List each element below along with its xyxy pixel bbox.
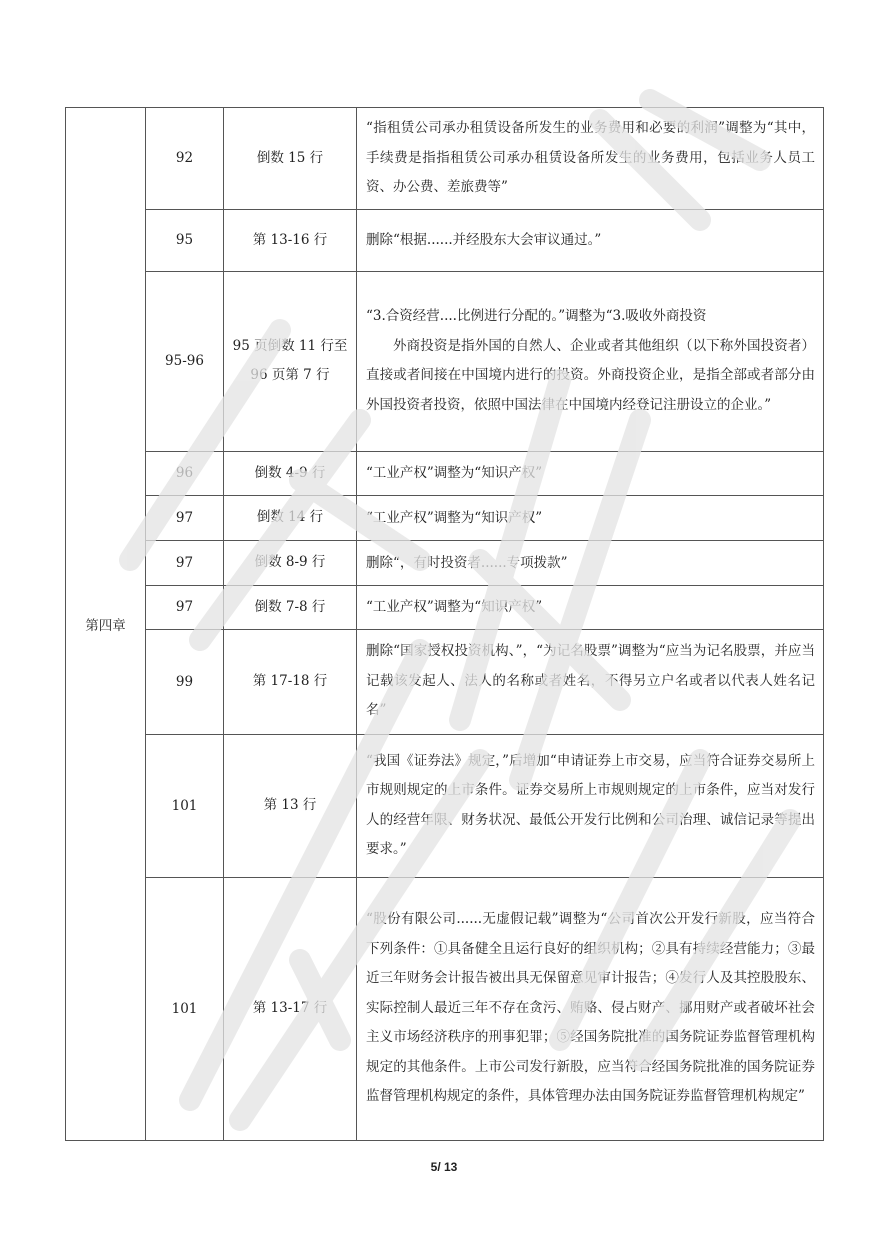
- page-cell: 92: [146, 108, 224, 210]
- page-number: 5/ 13: [0, 1160, 888, 1174]
- revision-paragraph: “工业产权”调整为“知识产权”: [366, 463, 815, 483]
- revision-paragraph: “我国《证券法》规定，”后增加“申请证券上市交易，应当符合证券交易所上市规则规定…: [366, 747, 815, 865]
- table-row: 97倒数 14 行“工业产权”调整为“知识产权”: [66, 495, 824, 540]
- revision-paragraph: “指租赁公司承办租赁设备所发生的业务费用和必要的利润”调整为“其中，手续费是指指…: [366, 114, 815, 203]
- line-cell: 倒数 7-8 行: [224, 585, 357, 629]
- revision-paragraph: 删除“根据......并经股东大会审议通过。”: [366, 230, 815, 250]
- table-row: 95第 13-16 行删除“根据......并经股东大会审议通过。”: [66, 209, 824, 271]
- chapter-cell: 第四章: [66, 108, 146, 1141]
- line-cell: 第 13 行: [224, 734, 357, 877]
- revision-content-cell: “工业产权”调整为“知识产权”: [357, 495, 824, 540]
- line-cell: 第 17-18 行: [224, 629, 357, 734]
- revision-paragraph: “工业产权”调整为“知识产权”: [366, 597, 815, 617]
- page-cell: 97: [146, 540, 224, 585]
- line-cell: 倒数 8-9 行: [224, 540, 357, 585]
- page-cell: 95-96: [146, 271, 224, 451]
- revision-content-cell: “3.合资经营....比例进行分配的。”调整为“3.吸收外商投资外商投资是指外国…: [357, 271, 824, 451]
- revision-paragraph: “3.合资经营....比例进行分配的。”调整为“3.吸收外商投资: [366, 302, 815, 332]
- revision-content-cell: 删除“国家授权投资机构、”，“为记名股票”调整为“应当为记名股票，并应当记载该发…: [357, 629, 824, 734]
- revision-content-cell: 删除“根据......并经股东大会审议通过。”: [357, 209, 824, 271]
- revision-paragraph: “工业产权”调整为“知识产权”: [366, 508, 815, 528]
- errata-table: 第四章92倒数 15 行“指租赁公司承办租赁设备所发生的业务费用和必要的利润”调…: [65, 107, 824, 1141]
- table-row: 97倒数 8-9 行删除“，有时投资者......专项拨款”: [66, 540, 824, 585]
- table-row: 96倒数 4-9 行“工业产权”调整为“知识产权”: [66, 451, 824, 495]
- page-cell: 97: [146, 495, 224, 540]
- line-cell: 第 13-17 行: [224, 877, 357, 1140]
- page-cell: 101: [146, 734, 224, 877]
- revision-paragraph: 删除“，有时投资者......专项拨款”: [366, 553, 815, 573]
- table-row: 95-9695 页倒数 11 行至 96 页第 7 行“3.合资经营....比例…: [66, 271, 824, 451]
- revision-content-cell: “股份有限公司......无虚假记载”调整为“公司首次公开发行新股，应当符合下列…: [357, 877, 824, 1140]
- revision-content-cell: 删除“，有时投资者......专项拨款”: [357, 540, 824, 585]
- line-cell: 95 页倒数 11 行至 96 页第 7 行: [224, 271, 357, 451]
- revision-paragraph: 删除“国家授权投资机构、”，“为记名股票”调整为“应当为记名股票，并应当记载该发…: [366, 637, 815, 726]
- revision-content-cell: “工业产权”调整为“知识产权”: [357, 451, 824, 495]
- table-row: 第四章92倒数 15 行“指租赁公司承办租赁设备所发生的业务费用和必要的利润”调…: [66, 108, 824, 210]
- revision-content-cell: “工业产权”调整为“知识产权”: [357, 585, 824, 629]
- page-cell: 95: [146, 209, 224, 271]
- page-cell: 101: [146, 877, 224, 1140]
- line-cell: 第 13-16 行: [224, 209, 357, 271]
- table-row: 99第 17-18 行删除“国家授权投资机构、”，“为记名股票”调整为“应当为记…: [66, 629, 824, 734]
- line-cell: 倒数 15 行: [224, 108, 357, 210]
- table-row: 101第 13-17 行“股份有限公司......无虚假记载”调整为“公司首次公…: [66, 877, 824, 1140]
- line-cell: 倒数 14 行: [224, 495, 357, 540]
- revision-paragraph: “股份有限公司......无虚假记载”调整为“公司首次公开发行新股，应当符合下列…: [366, 905, 815, 1112]
- page-cell: 99: [146, 629, 224, 734]
- revision-content-cell: “指租赁公司承办租赁设备所发生的业务费用和必要的利润”调整为“其中，手续费是指指…: [357, 108, 824, 210]
- table-row: 97倒数 7-8 行“工业产权”调整为“知识产权”: [66, 585, 824, 629]
- table-row: 101第 13 行“我国《证券法》规定，”后增加“申请证券上市交易，应当符合证券…: [66, 734, 824, 877]
- page-cell: 97: [146, 585, 224, 629]
- revision-content-cell: “我国《证券法》规定，”后增加“申请证券上市交易，应当符合证券交易所上市规则规定…: [357, 734, 824, 877]
- revision-paragraph: 外商投资是指外国的自然人、企业或者其他组织（以下称外国投资者）直接或者间接在中国…: [366, 332, 815, 421]
- page-cell: 96: [146, 451, 224, 495]
- line-cell: 倒数 4-9 行: [224, 451, 357, 495]
